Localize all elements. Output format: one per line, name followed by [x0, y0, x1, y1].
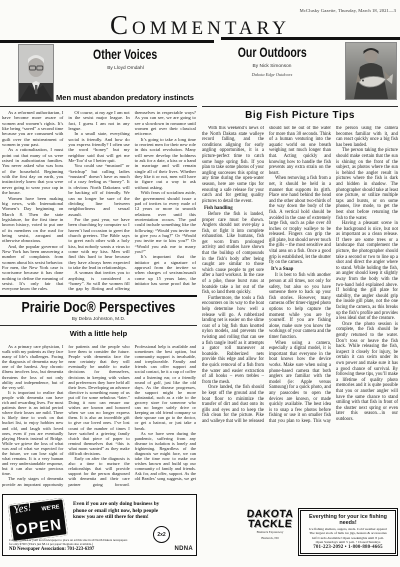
dakota-tackle-ad: Everything for your ice fishing needs! I…	[298, 508, 398, 556]
article-paragraph: As a reformed authoritarian, I have beco…	[2, 110, 63, 147]
prairie-doc-header: Prairie Doc® Perspectives	[0, 299, 197, 317]
article-subhead: It’s a Snap	[269, 267, 331, 273]
our-outdoors-header: Our Outdoors	[202, 44, 342, 62]
article-paragraph: And, the popular governor of New York ha…	[2, 244, 63, 292]
article-paragraph: As a rationalization, I must point out t…	[2, 147, 63, 195]
prairie-doc-headline: With a little help	[0, 329, 197, 338]
other-voices-headline: Men must abandon predatory instincts	[52, 93, 198, 102]
masthead-rule-left	[0, 40, 214, 43]
article-paragraph: For the past year, we have been churchin…	[68, 217, 129, 270]
big-fish-body: With this weekend’s news of the North Da…	[202, 126, 398, 503]
dakota-tackle-address-1: Bismarck Expressway	[244, 531, 296, 535]
prairie-doc-title: Prairie Doc® Perspectives	[22, 300, 176, 316]
ndna-ad-fine-print: Contact NDNA or your local newspaper to …	[9, 539, 131, 547]
article-paragraph: When removing a fish from a net, it shou…	[269, 176, 331, 266]
our-outdoors-byline: By Nick Simonson	[202, 64, 342, 69]
article-paragraph: It is best to fish with another person a…	[269, 273, 331, 340]
dakota-tackle-logo: DAKOTA TACKLE Bismarck Expressway Bismar…	[244, 510, 296, 540]
ndna-logo: NDNA	[174, 546, 193, 552]
dakota-ad-lines: Ice fishing shelters, augers, sleds. Col…	[303, 527, 393, 544]
article-paragraph: With this weekend’s news of the North Da…	[202, 126, 264, 204]
article-paragraph: It’s going to take a long time to reorie…	[135, 137, 196, 190]
article-paragraph: As a primary care physician, I walk with…	[2, 344, 63, 390]
big-fish-headline: Big Fish Picture Tips	[202, 110, 398, 121]
ndna-open-ad: Yes! WE'RE OPEN Even if you are only doi…	[2, 494, 197, 556]
other-voices-byline: By Lloyd Omdahl	[54, 66, 197, 71]
2x2-badge-icon: 2x2	[153, 526, 170, 543]
masthead-rule-right	[221, 37, 400, 40]
ndna-ad-contact: ND Newspaper Association: 701-223-6397	[9, 547, 139, 552]
ndna-ad-message: Even if you are only doing business by p…	[73, 501, 165, 521]
article-paragraph: The person taking the picture should mak…	[336, 148, 398, 221]
dakota-tackle-name-2: TACKLE	[244, 520, 297, 530]
author-photo-lloyd-omdahl	[18, 44, 54, 102]
sign-were-text: WE'RE	[41, 504, 60, 512]
other-voices-title: Other Voices	[93, 47, 157, 62]
prairie-doc-rule	[0, 325, 197, 326]
article-paragraph: The largest stock of bulk ice jigs, heat…	[303, 531, 393, 535]
newspaper-page: McClusky Gazette, Thursday, March 18, 20…	[0, 0, 400, 567]
article-subhead: Fish handling	[202, 206, 264, 212]
our-outdoors-tagline: Dakota Edge Outdoors	[202, 72, 342, 77]
dakota-ad-phone: 701-223-2092 • 1-800-880-4665	[303, 545, 393, 550]
article-paragraph: Furthermore, the tools a fish encounters…	[202, 296, 264, 386]
dakota-tackle-address-2: Bismarck, ND	[244, 537, 296, 541]
angler-photo-nick-simonson	[345, 42, 397, 100]
other-voices-header: Other Voices	[54, 46, 197, 64]
sign-open-text: OPEN	[10, 516, 68, 540]
article-paragraph: Women have been making big news, with In…	[2, 196, 63, 244]
article-paragraph: You could use “mustard” or “ketchup” but…	[68, 163, 129, 216]
article-paragraph: With fears of socialism aside, the gover…	[135, 190, 196, 254]
other-voices-rule	[0, 106, 197, 107]
article-paragraph: Before the fish is landed, proper care m…	[202, 212, 264, 296]
our-outdoors-rule	[202, 106, 398, 107]
dakota-ad-headline: Everything for your ice fishing needs!	[303, 514, 393, 526]
our-outdoors-title: Our Outdoors	[237, 45, 306, 60]
other-voices-body: As a reformed authoritarian, I have beco…	[2, 110, 196, 293]
article-paragraph: Having a pleasant scene in the backgroun…	[336, 221, 398, 322]
prairie-doc-top-rule	[0, 295, 197, 297]
article-paragraph: Of course, at my age I am not in the sex…	[68, 110, 129, 131]
article-paragraph: In a small state, everything social is f…	[68, 131, 129, 163]
article-paragraph: Open Saturdays until 5 p.m. • Closed Sun…	[303, 540, 393, 544]
prairie-doc-body: As a primary care physician, I walk with…	[2, 344, 196, 491]
sign-yes-text: Yes!	[13, 501, 33, 516]
article-paragraph: Once the photo session is complete, the …	[336, 322, 398, 423]
were-open-sign: Yes! WE'RE OPEN	[8, 498, 68, 543]
article-paragraph: It is important to realize that people w…	[2, 390, 63, 477]
prairie-doc-byline: By Debra Johnston, M.D.	[0, 317, 197, 322]
